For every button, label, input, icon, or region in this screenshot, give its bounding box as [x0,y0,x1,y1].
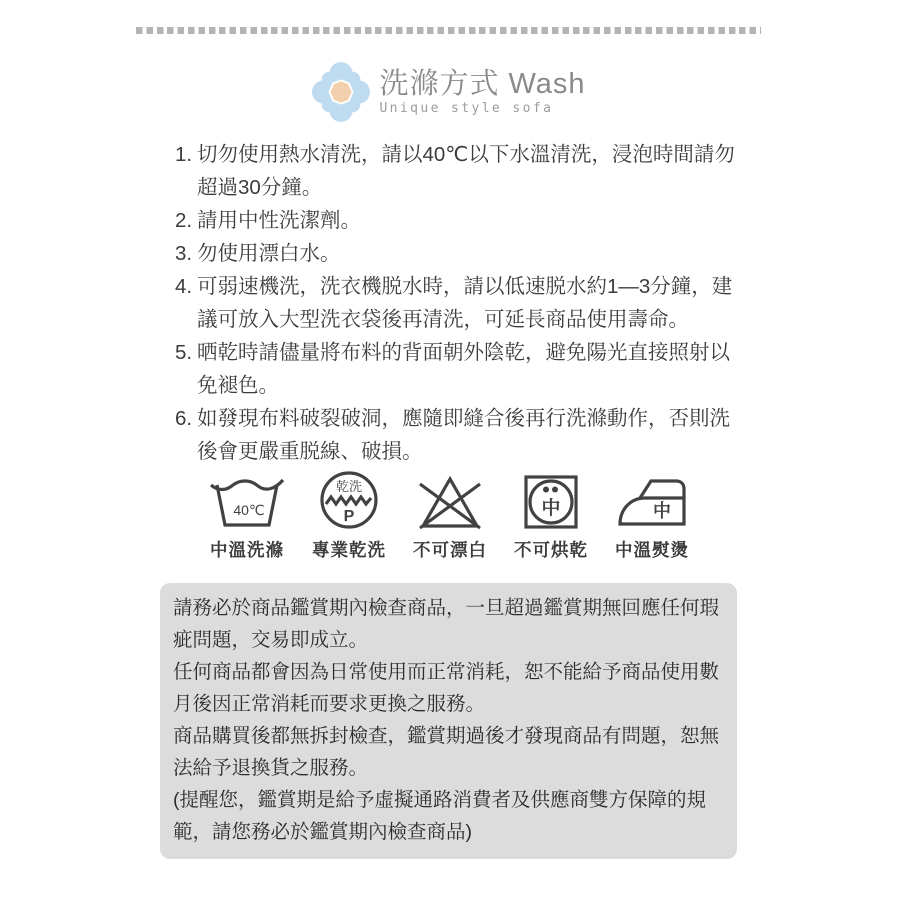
svg-text:中: 中 [541,496,560,519]
section-header: 洗滌方式 Wash Unique style sofa [0,60,898,124]
notice-paragraph: (提醒您，鑑賞期是給予虛擬通路消費者及供應商雙方保障的規範，請您務必於鑑賞期內檢… [173,784,724,848]
no-bleach-icon [416,470,484,530]
instruction-item: 5. 晒乾時請儘量將布料的背面朝外陰乾，避免陽光直接照射以免褪色。 [175,336,747,402]
instruction-text: 請用中性洗潔劑。 [197,209,361,232]
instruction-item: 1. 切勿使用熱水清洗，請以40℃以下水溫清洗，浸泡時間請勿超過30分鐘。 [175,138,747,204]
care-symbol-label: 專業乾洗 [312,537,386,562]
svg-text:40℃: 40℃ [233,502,264,518]
instruction-number: 5. [175,336,192,369]
instruction-item: 3. 勿使用漂白水。 [175,237,747,270]
top-dashed-divider [136,27,761,34]
instruction-text: 如發現布料破裂破洞，應隨即縫合後再行洗滌動作，否則洗後會更嚴重脱線、破損。 [197,407,730,463]
care-symbol-label: 不可烘乾 [514,537,588,562]
instruction-text: 切勿使用熱水清洗，請以40℃以下水溫清洗，浸泡時間請勿超過30分鐘。 [197,143,735,199]
section-title: 洗滌方式 Wash [379,67,585,101]
care-symbol-label: 不可漂白 [413,537,487,562]
notice-paragraph: 商品購買後都無拆封檢查，鑑賞期過後才發現商品有問題，恕無法給予退換貨之服務。 [173,720,724,784]
svg-text:中: 中 [653,500,671,521]
svg-text:P: P [344,508,355,525]
section-subtitle: Unique style sofa [379,101,585,117]
instruction-text: 勿使用漂白水。 [197,242,341,265]
notice-paragraph: 任何商品都會因為日常使用而正常消耗，恕不能給予商品使用數月後因正常消耗而要求更換… [173,656,724,720]
svg-text:乾洗: 乾洗 [336,479,362,494]
care-symbol-wash: 40℃ 中溫洗滌 [209,470,285,562]
section-header-text: 洗滌方式 Wash Unique style sofa [379,67,585,117]
notice-paragraph: 請務必於商品鑑賞期內檢查商品，一旦超過鑑賞期無回應任何瑕疵問題，交易即成立。 [173,592,724,656]
instruction-number: 2. [175,204,192,237]
instruction-text: 可弱速機洗，洗衣機脱水時，請以低速脱水約1—3分鐘，建議可放入大型洗衣袋後再清洗… [197,275,732,331]
instruction-number: 4. [175,270,192,303]
care-symbol-label: 中溫洗滌 [210,537,284,562]
care-symbols-row: 40℃ 中溫洗滌 乾洗 P 專業乾洗 [0,470,898,562]
instruction-text: 晒乾時請儘量將布料的背面朝外陰乾，避免陽光直接照射以免褪色。 [197,341,730,397]
instruction-item: 4. 可弱速機洗，洗衣機脱水時，請以低速脱水約1—3分鐘，建議可放入大型洗衣袋後… [175,270,747,336]
instruction-number: 3. [175,237,192,270]
instruction-number: 1. [175,138,192,171]
dry-clean-icon: 乾洗 P [319,470,379,530]
care-symbol-tumble: 中 不可烘乾 [514,470,588,562]
instruction-item: 6. 如發現布料破裂破洞，應隨即縫合後再行洗滌動作，否則洗後會更嚴重脱線、破損。 [175,402,747,468]
wash-instructions-list: 1. 切勿使用熱水清洗，請以40℃以下水溫清洗，浸泡時間請勿超過30分鐘。 2.… [175,138,747,468]
care-instructions-page: 洗滌方式 Wash Unique style sofa 1. 切勿使用熱水清洗，… [0,0,898,898]
no-tumble-dry-icon: 中 [523,470,579,530]
instruction-item: 2. 請用中性洗潔劑。 [175,204,747,237]
instruction-number: 6. [175,402,192,435]
care-symbol-dryclean: 乾洗 P 專業乾洗 [312,470,386,562]
care-symbol-iron: 中 中溫熨燙 [615,470,689,562]
wash-40-icon: 40℃ [209,470,285,530]
care-symbol-bleach: 不可漂白 [413,470,487,562]
care-symbol-label: 中溫熨燙 [615,537,689,562]
flower-icon [312,60,370,124]
notice-box: 請務必於商品鑑賞期內檢查商品，一旦超過鑑賞期無回應任何瑕疵問題，交易即成立。 任… [160,583,737,859]
iron-medium-icon: 中 [617,470,687,530]
